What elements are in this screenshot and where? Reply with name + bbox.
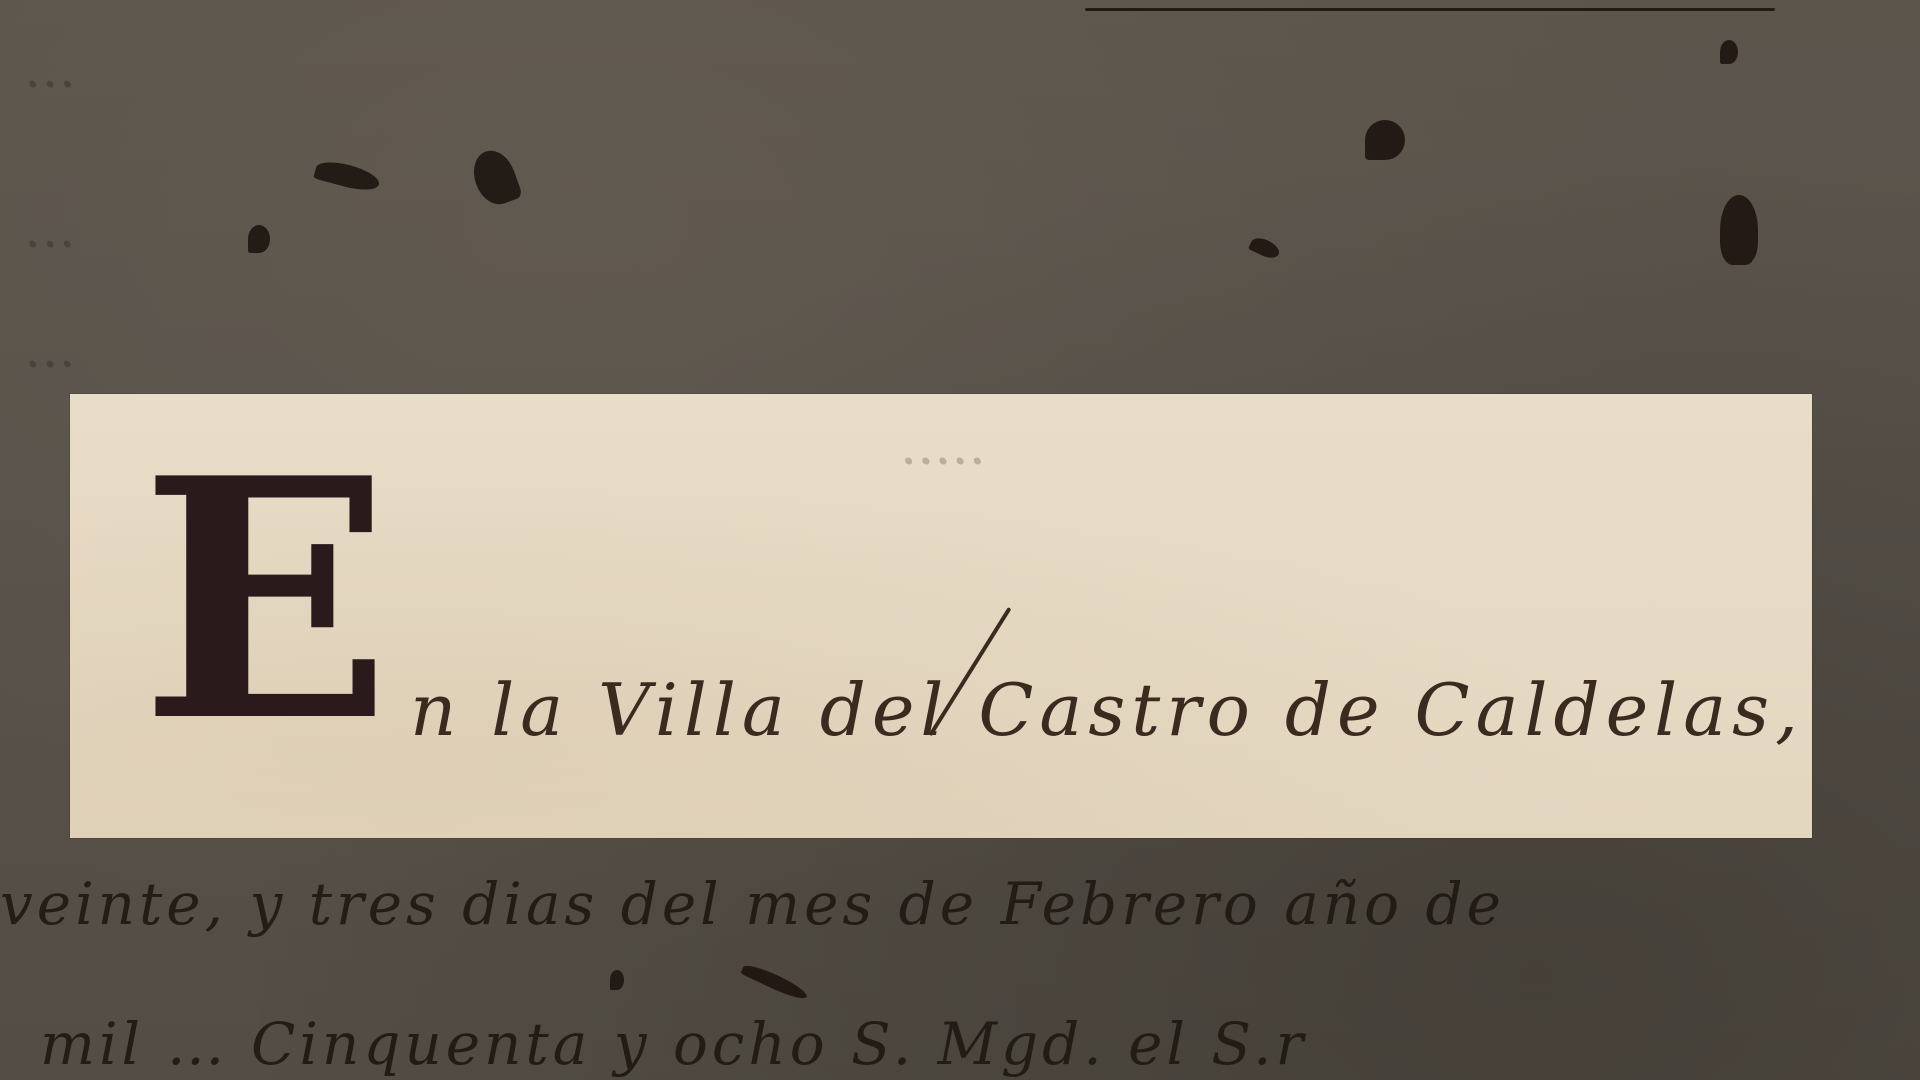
ink-mark — [1720, 40, 1738, 64]
ink-mark — [740, 961, 809, 1003]
highlighted-line-text: n la Villa del Castro de Caldelas, — [410, 668, 1804, 752]
ink-mark — [467, 145, 523, 210]
manuscript-line: veinte, y tres dias del mes de Febrero a… — [0, 870, 1505, 938]
faded-line: … — [20, 40, 76, 100]
ink-mark — [1720, 195, 1758, 265]
faded-line: … — [20, 200, 76, 260]
drop-cap: E — [140, 435, 392, 765]
top-rule — [1085, 8, 1775, 11]
ink-mark — [610, 970, 624, 990]
ink-mark — [248, 225, 270, 253]
ink-mark — [1365, 120, 1405, 160]
manuscript-viewer[interactable]: … … … ····· E n la Villa del Castro de C… — [0, 0, 1920, 1080]
bleed-through-text: ····· — [900, 430, 986, 493]
ink-mark — [1248, 234, 1282, 261]
faded-line: … — [20, 320, 76, 380]
manuscript-line: mil … Cinquenta y ocho S. Mgd. el S.r — [40, 1010, 1307, 1078]
ink-mark — [313, 157, 381, 195]
